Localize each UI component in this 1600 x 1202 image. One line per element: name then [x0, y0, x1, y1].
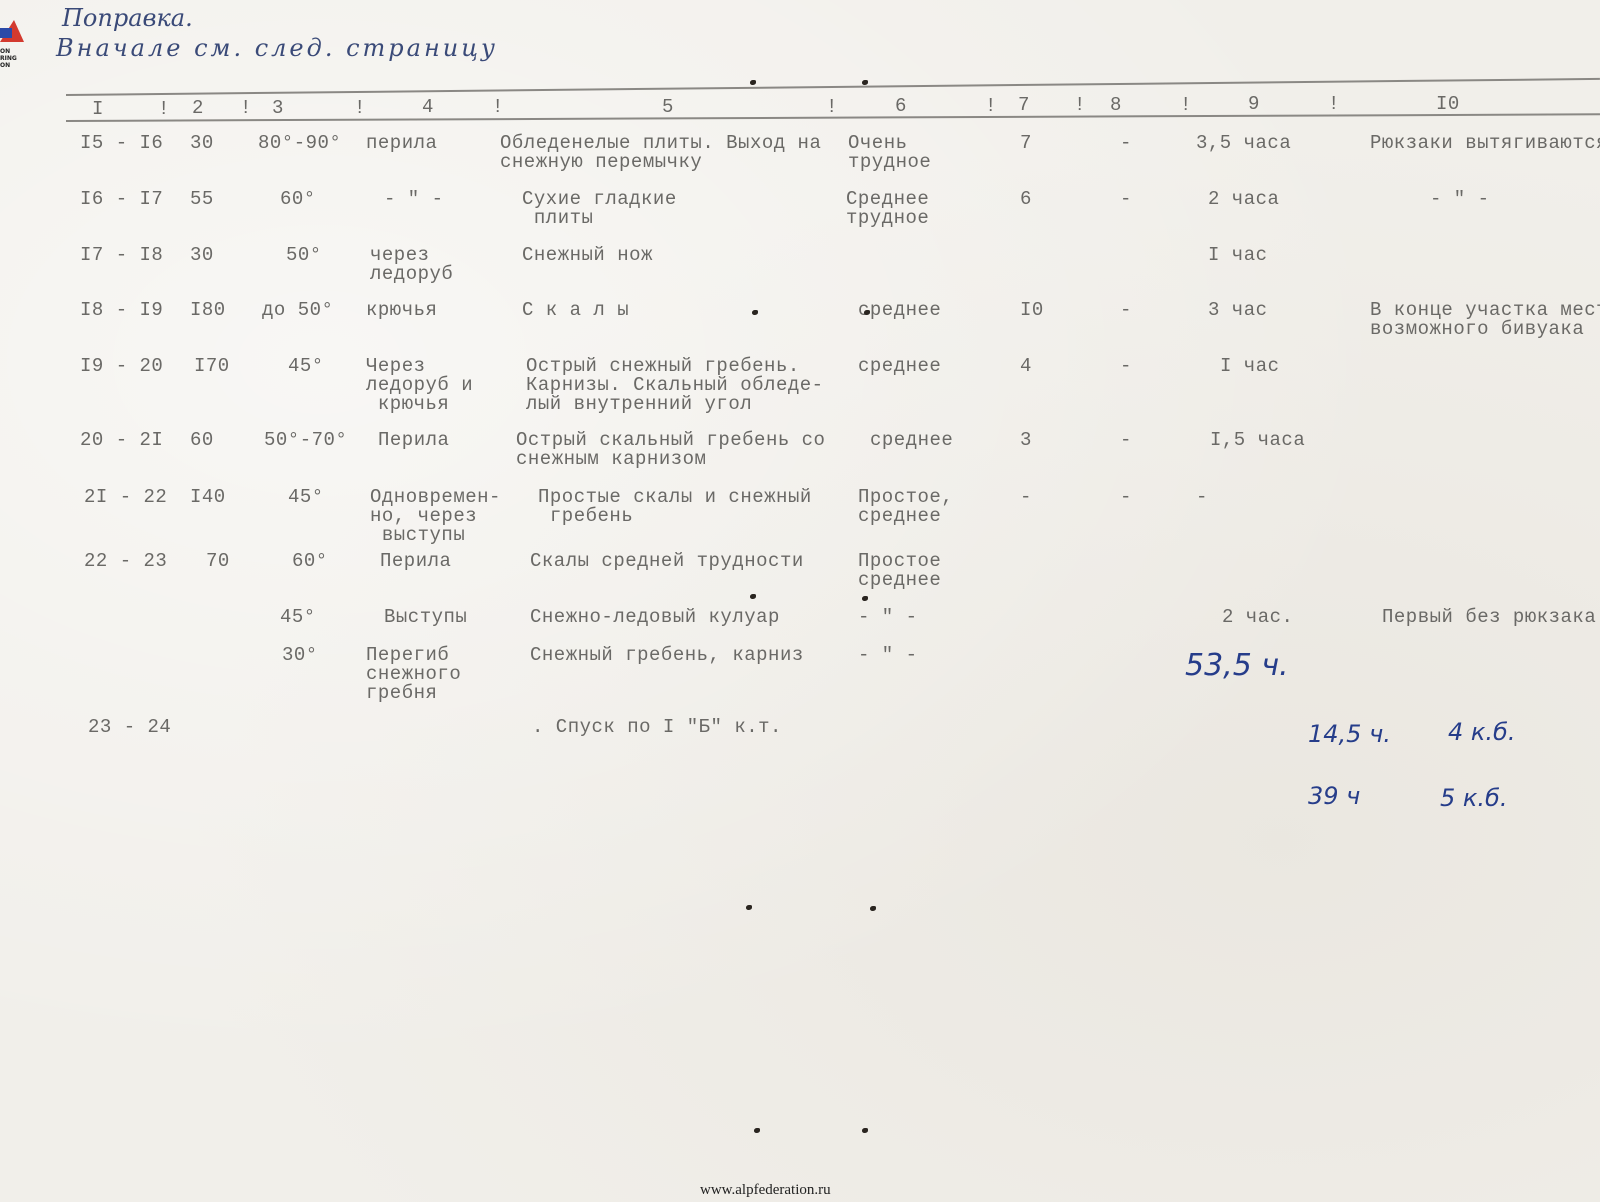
cell-length: I80	[190, 301, 226, 320]
column-separator: !	[1074, 96, 1086, 115]
cell-col8: -	[1120, 301, 1132, 320]
cell-terrain: Острый скальный гребень со снежным карни…	[516, 431, 825, 469]
cell-section: 20 - 2I	[80, 431, 163, 450]
column-header: 5	[662, 98, 674, 117]
cell-steepness: 30°	[282, 646, 318, 665]
cell-time: I час	[1208, 246, 1268, 265]
cell-length: I40	[190, 488, 226, 507]
cell-terrain: Сухие гладкие плиты	[522, 190, 677, 228]
cell-section: 23 - 24	[88, 718, 171, 737]
cell-method: крючья	[366, 301, 437, 320]
cell-length: 30	[190, 246, 214, 265]
cell-col7: 3	[1020, 431, 1032, 450]
handwritten-note-bivouac-2: 5 к.б.	[1440, 784, 1507, 812]
paper-speck	[746, 905, 752, 910]
column-separator: !	[1328, 95, 1340, 114]
federation-logo: ON RING ON	[0, 0, 30, 65]
column-separator: !	[492, 98, 504, 117]
cell-time: I,5 часа	[1210, 431, 1305, 450]
column-header: I	[92, 100, 104, 119]
cell-terrain: Простые скалы и снежный гребень	[538, 488, 812, 526]
paper-speck	[862, 596, 868, 601]
cell-col8: -	[1120, 431, 1132, 450]
cell-terrain: Острый снежный гребень. Карнизы. Скальны…	[526, 357, 824, 414]
cell-time: -	[1196, 488, 1208, 507]
cell-difficulty: среднее	[870, 431, 953, 450]
cell-section: I6 - I7	[80, 190, 163, 209]
cell-terrain: Снежный нож	[522, 246, 653, 265]
cell-notes: В конце участка место возможного бивуака	[1370, 301, 1600, 339]
paper-speck	[864, 310, 870, 315]
handwritten-title: Поправка.	[62, 4, 193, 32]
column-header: 7	[1018, 96, 1030, 115]
cell-col8: -	[1120, 190, 1132, 209]
cell-difficulty: Среднее трудное	[846, 190, 929, 228]
cell-length: 70	[206, 552, 230, 571]
cell-time: I час	[1220, 357, 1280, 376]
cell-method: перила	[366, 134, 437, 153]
cell-difficulty: среднее	[858, 301, 941, 320]
cell-steepness: 45°	[288, 357, 324, 376]
handwritten-instruction: Вначале см. след. страницу	[56, 34, 498, 62]
cell-method: Выступы	[384, 608, 467, 627]
column-header: 3	[272, 99, 284, 118]
cell-col7: -	[1020, 488, 1032, 507]
cell-col8: -	[1120, 134, 1132, 153]
cell-difficulty: Простое, среднее	[858, 488, 953, 526]
paper-speck	[862, 80, 868, 85]
column-header: 2	[192, 99, 204, 118]
cell-terrain: С к а л ы	[522, 301, 629, 320]
cell-section: I5 - I6	[80, 134, 163, 153]
cell-col7: 6	[1020, 190, 1032, 209]
cell-difficulty: Очень трудное	[848, 134, 931, 172]
cell-difficulty: - " -	[858, 646, 918, 665]
table-top-rule	[66, 78, 1600, 96]
paper-speck	[752, 310, 758, 315]
cell-steepness: 50°	[286, 246, 322, 265]
cell-section: I7 - I8	[80, 246, 163, 265]
footer-website: www.alpfederation.ru	[700, 1182, 831, 1199]
cell-notes: Рюкзаки вытягиваются	[1370, 134, 1600, 153]
cell-terrain: Снежный гребень, карниз	[530, 646, 804, 665]
column-separator: !	[985, 97, 997, 116]
cell-time: 2 часа	[1208, 190, 1279, 209]
cell-notes: - " -	[1430, 190, 1490, 209]
logo-text: ON RING ON	[0, 48, 17, 69]
cell-method: Через ледоруб и крючья	[366, 357, 473, 414]
paper-speck	[750, 594, 756, 599]
column-separator: !	[1180, 96, 1192, 115]
cell-col7: I0	[1020, 301, 1044, 320]
cell-method: через ледоруб	[370, 246, 453, 284]
paper-speck	[750, 80, 756, 85]
handwritten-note-time-2: 39 ч	[1308, 782, 1360, 810]
column-separator: !	[240, 99, 252, 118]
handwritten-total-time: 53,5 ч.	[1185, 648, 1289, 683]
cell-length: 60	[190, 431, 214, 450]
cell-method: Перила	[380, 552, 451, 571]
cell-col7: 7	[1020, 134, 1032, 153]
cell-method: Перегиб снежного гребня	[366, 646, 461, 703]
paper-speck	[870, 906, 876, 911]
cell-section: 22 - 23	[84, 552, 167, 571]
cell-method: - " -	[384, 190, 444, 209]
cell-time: 3,5 часа	[1196, 134, 1291, 153]
column-header: I0	[1436, 95, 1460, 114]
cell-steepness: 45°	[280, 608, 316, 627]
cell-col7: 4	[1020, 357, 1032, 376]
cell-col8: -	[1120, 357, 1132, 376]
cell-steepness: 45°	[288, 488, 324, 507]
column-separator: !	[158, 100, 170, 119]
cell-time: 2 час.	[1222, 608, 1293, 627]
logo-flag-icon	[0, 28, 12, 38]
paper-speck	[862, 1128, 868, 1133]
cell-terrain: Обледенелые плиты. Выход на снежную пере…	[500, 134, 821, 172]
cell-notes: Первый без рюкзака	[1382, 608, 1596, 627]
cell-section: I9 - 20	[80, 357, 163, 376]
cell-steepness: 60°	[292, 552, 328, 571]
paper-speck	[754, 1128, 760, 1133]
cell-length: 30	[190, 134, 214, 153]
column-separator: !	[354, 99, 366, 118]
column-separator: !	[826, 98, 838, 117]
cell-difficulty: - " -	[858, 608, 918, 627]
cell-steepness: 60°	[280, 190, 316, 209]
cell-col8: -	[1120, 488, 1132, 507]
cell-terrain: Снежно-ледовый кулуар	[530, 608, 780, 627]
cell-method: Одновремен- но, через выступы	[370, 488, 501, 545]
cell-difficulty: Простое среднее	[858, 552, 941, 590]
column-header: 4	[422, 98, 434, 117]
cell-time: 3 час	[1208, 301, 1268, 320]
cell-terrain: Скалы средней трудности	[530, 552, 804, 571]
cell-steepness: до 50°	[262, 301, 333, 320]
column-header: 8	[1110, 96, 1122, 115]
column-header: 6	[895, 97, 907, 116]
cell-difficulty: среднее	[858, 357, 941, 376]
cell-section: I8 - I9	[80, 301, 163, 320]
cell-length: I70	[194, 357, 230, 376]
cell-terrain: . Спуск по I "Б" к.т.	[532, 718, 782, 737]
cell-steepness: 50°-70°	[264, 431, 347, 450]
column-header: 9	[1248, 95, 1260, 114]
cell-section: 2I - 22	[84, 488, 167, 507]
cell-method: Перила	[378, 431, 449, 450]
cell-steepness: 80°-90°	[258, 134, 341, 153]
handwritten-note-time-1: 14,5 ч.	[1308, 720, 1391, 748]
handwritten-note-bivouac-1: 4 к.б.	[1448, 718, 1515, 746]
cell-length: 55	[190, 190, 214, 209]
